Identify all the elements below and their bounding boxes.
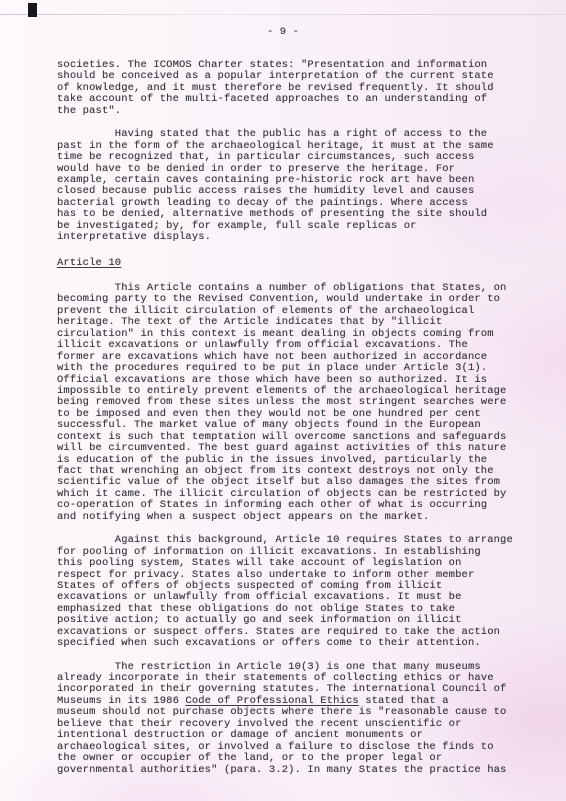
text-segment: interpretative displays. <box>57 231 211 243</box>
text-segment: Against this background, Article 10 requ… <box>57 534 513 546</box>
text-segment: circulation" in this context is meant de… <box>57 328 494 340</box>
text-line: interpretative displays. <box>57 232 532 243</box>
text-segment: closed because public access raises the … <box>57 185 474 197</box>
scanned-document-page: - 9 - societies. The ICOMOS Charter stat… <box>0 0 566 801</box>
text-line: take account of the multi-faceted approa… <box>57 94 532 105</box>
text-segment: has to be denied, alternative methods of… <box>57 208 487 220</box>
text-segment: past in the form of the archaeological h… <box>57 140 494 152</box>
text-segment: The restriction in Article 10(3) is one … <box>57 661 481 673</box>
text-segment: time be recognized that, in particular c… <box>57 151 474 163</box>
text-segment: excavations or unlawfully from official … <box>57 591 462 603</box>
text-segment: scientific value of the object itself bu… <box>57 476 500 488</box>
text-segment: former are excavations which have not be… <box>57 351 487 363</box>
text-segment: governmental authorities" (para. 3.2). I… <box>57 764 506 776</box>
text-segment: excavations or suspect offers. States ar… <box>57 626 500 638</box>
text-segment: specified when such excavations or offer… <box>57 637 481 649</box>
section-heading: Article 10 <box>57 258 532 269</box>
underlined-text: Article 10 <box>57 257 121 269</box>
paragraph: Having stated that the public has a righ… <box>57 129 532 243</box>
text-segment: illicit excavations or unlawfully from o… <box>57 339 468 351</box>
paragraph: societies. The ICOMOS Charter states: "P… <box>57 60 532 117</box>
text-segment: bacterial growth leading to decay of the… <box>57 197 468 209</box>
text-segment: be investigated; by, for example, full s… <box>57 220 417 232</box>
text-segment: this pooling system, States will take ac… <box>57 557 462 569</box>
text-segment: Having stated that the public has a righ… <box>57 128 487 140</box>
text-line: specified when such excavations or offer… <box>57 638 532 649</box>
text-segment: for pooling of information on illicit ex… <box>57 546 481 558</box>
text-segment: co-operation of States in informing each… <box>57 499 487 511</box>
text-segment: museum should not purchase objects where… <box>57 706 506 718</box>
text-segment: emphasized that these obligations do not… <box>57 603 455 615</box>
text-segment: respect for privacy. States also underta… <box>57 569 474 581</box>
text-segment: archaeological sites, or involved a fail… <box>57 741 494 753</box>
text-segment: the owner or occupier of the land, or to… <box>57 752 442 764</box>
text-segment: should be conceived as a popular interpr… <box>57 70 494 82</box>
text-segment: being removed from these sites unless th… <box>57 396 506 408</box>
paragraph: This Article contains a number of obliga… <box>57 283 532 523</box>
paragraph: The restriction in Article 10(3) is one … <box>57 662 532 776</box>
page-number: - 9 - <box>0 26 566 38</box>
text-line: and notifying when a suspect object appe… <box>57 512 532 523</box>
document-body: societies. The ICOMOS Charter states: "P… <box>57 60 532 776</box>
text-line: Article 10 <box>57 258 532 269</box>
text-segment: incorporated in their governing statutes… <box>57 683 506 695</box>
text-segment: with the procedures required to be put i… <box>57 362 487 374</box>
text-segment: will be circumvented. The best guard aga… <box>57 442 506 454</box>
text-segment: is education of the public in the issues… <box>57 454 487 466</box>
scan-artifact-mark <box>28 3 37 17</box>
paragraph: Against this background, Article 10 requ… <box>57 535 532 649</box>
scan-artifact-line <box>0 14 566 15</box>
text-segment: positive action; to actually go and seek… <box>57 614 462 626</box>
text-line: the past". <box>57 106 532 117</box>
text-segment: context is such that temptation will ove… <box>57 431 506 443</box>
text-segment: take account of the multi-faceted approa… <box>57 93 487 105</box>
text-segment: successful. The market value of many obj… <box>57 419 481 431</box>
text-segment: to be imposed and even then they would n… <box>57 408 481 420</box>
text-segment: the past". <box>57 105 121 117</box>
text-segment: heritage. The text of the Article indica… <box>57 316 442 328</box>
text-segment: intentional destruction or damage of anc… <box>57 729 423 741</box>
text-segment: becoming party to the Revised Convention… <box>57 293 500 305</box>
text-segment: believe that their recovery involved the… <box>57 718 462 730</box>
text-line: governmental authorities" (para. 3.2). I… <box>57 765 532 776</box>
text-segment: would have to be denied in order to pres… <box>57 163 455 175</box>
text-segment: and notifying when a suspect object appe… <box>57 511 429 523</box>
text-segment: Official excavations are those which hav… <box>57 374 487 386</box>
